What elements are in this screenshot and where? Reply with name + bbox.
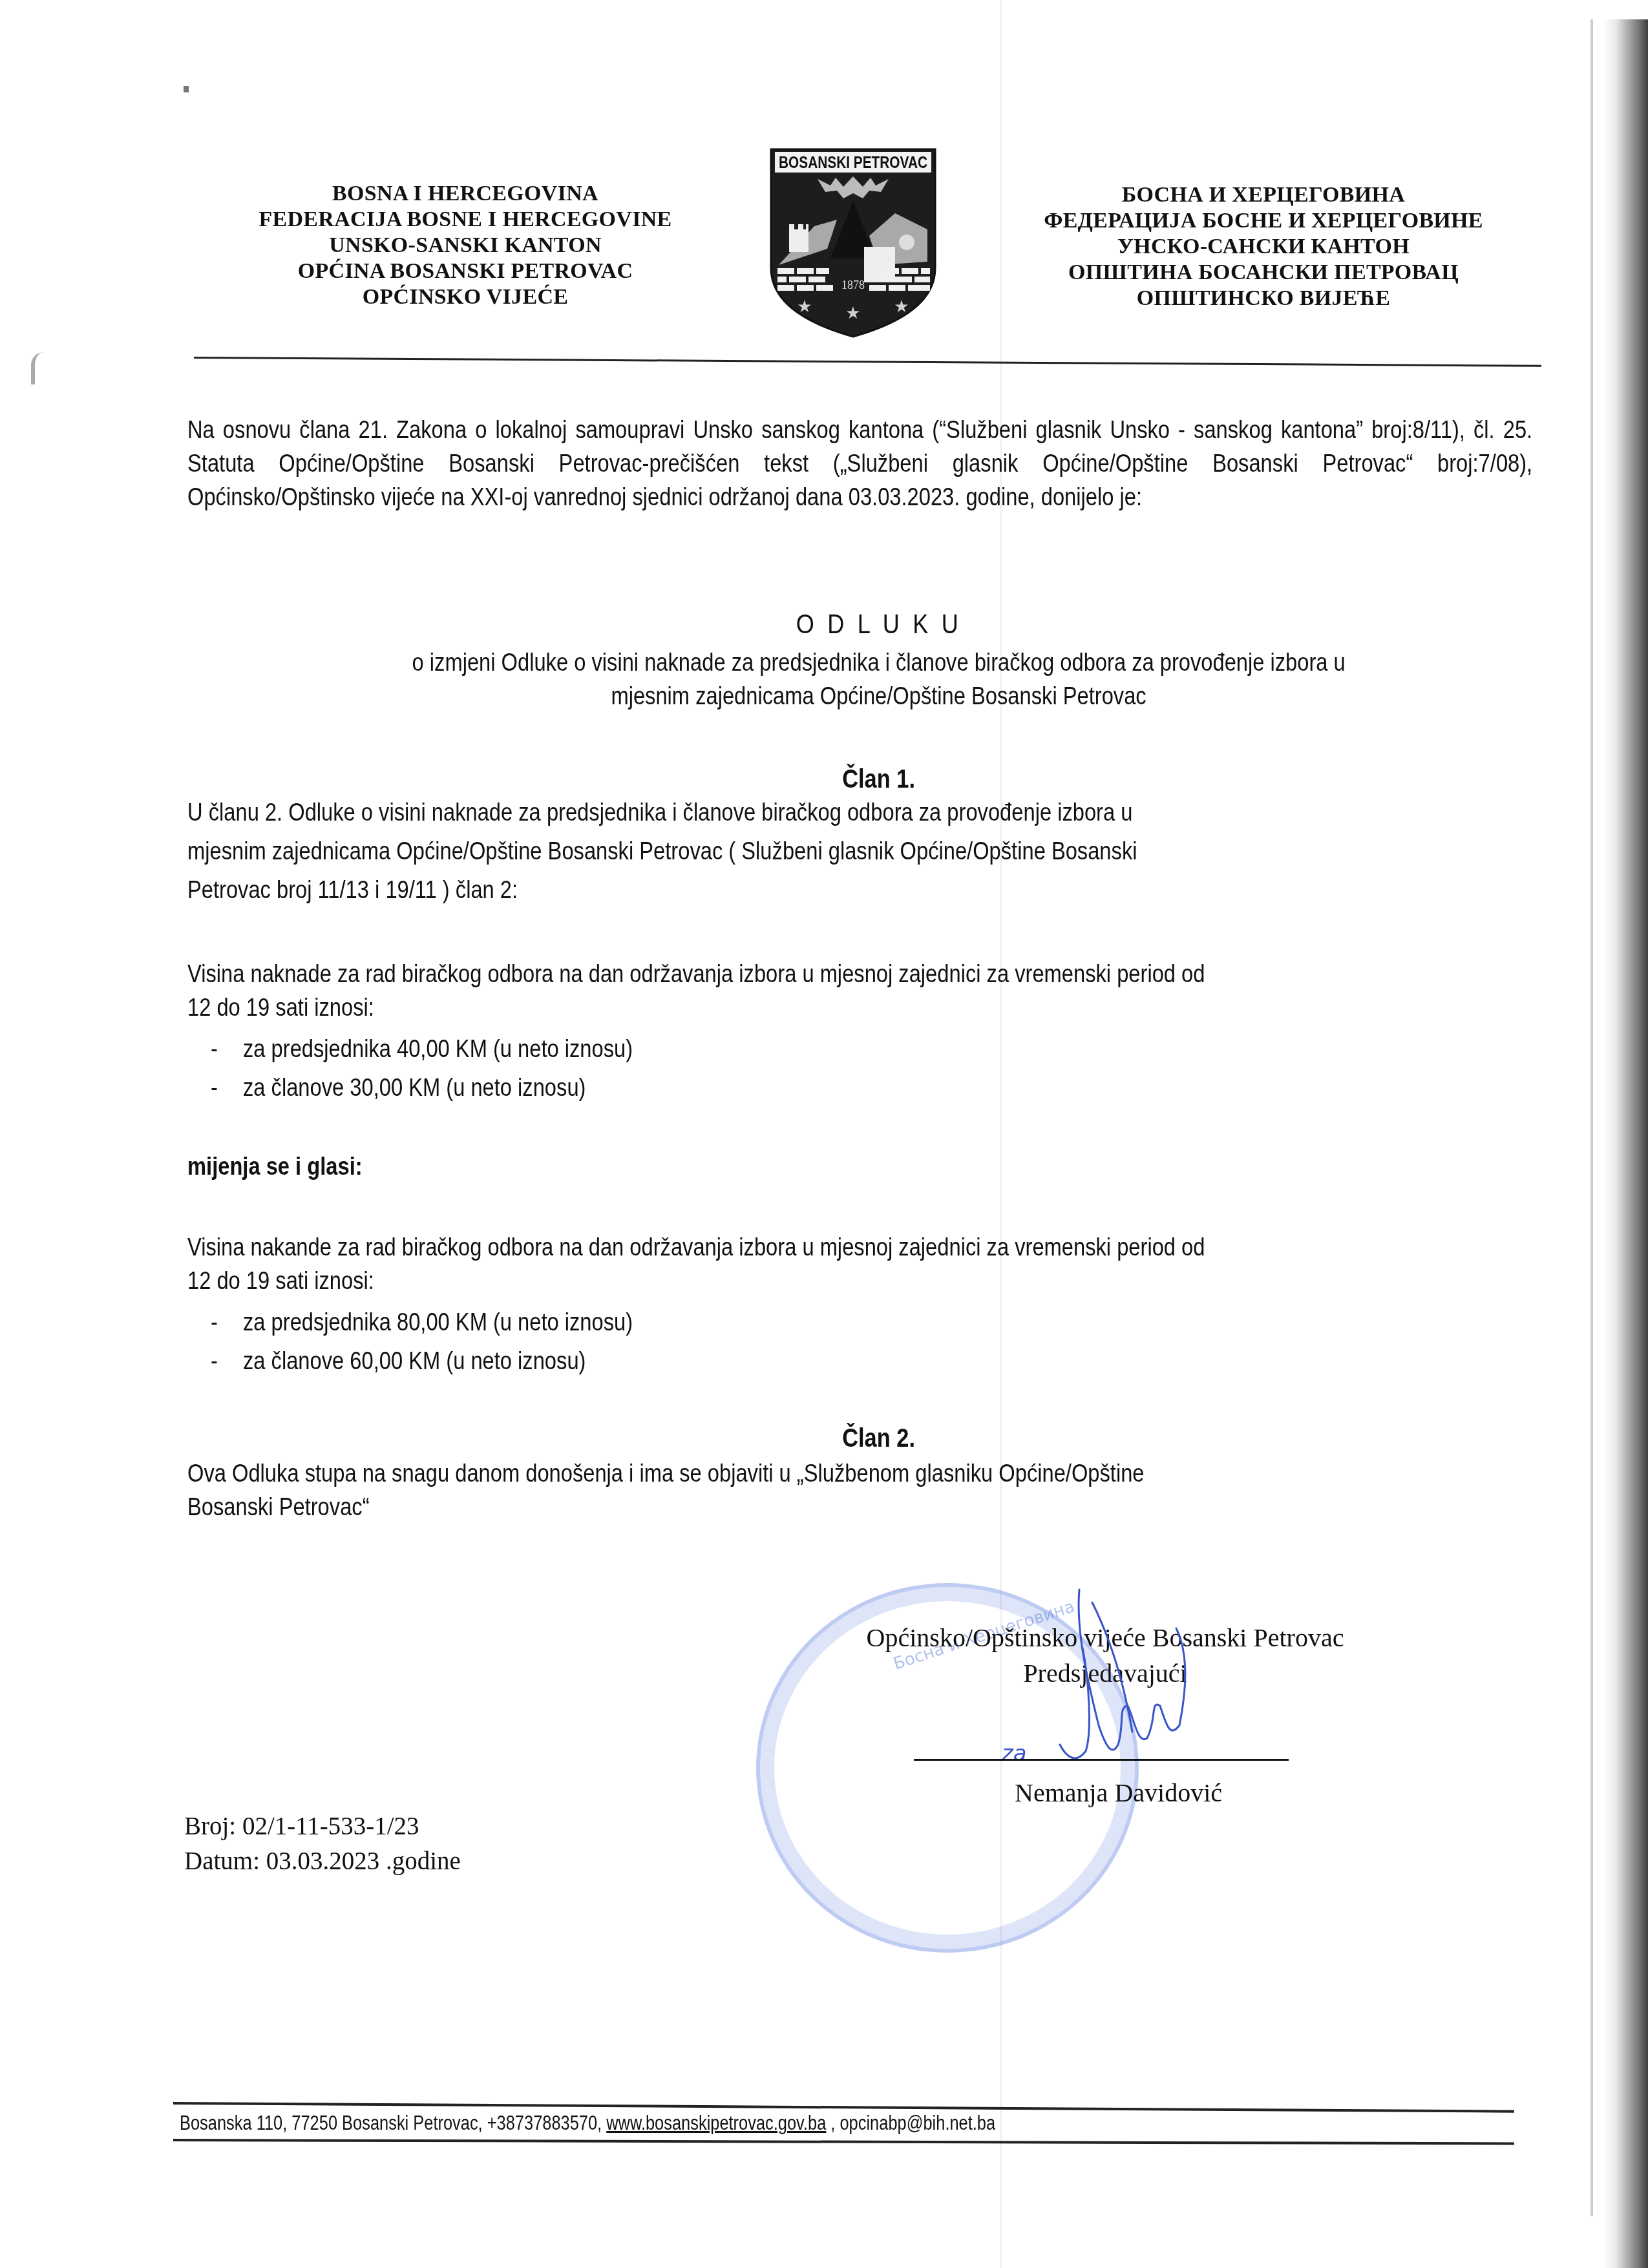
list-item: za članove 60,00 KM (u neto iznosu) xyxy=(187,1345,1577,1378)
article-1-new-text: Visina nakande za rad biračkog odbora na… xyxy=(187,1231,1577,1383)
document-date: Datum: 03.03.2023 .godine xyxy=(184,1844,461,1879)
letterhead-cyrillic-line: УНСКО-САНСКИ КАНТОН xyxy=(982,234,1545,260)
footer-website-link[interactable]: www.bosanskipetrovac.gov.ba xyxy=(606,2112,826,2134)
letterhead-latin: BOSNA I HERCEGOVINA FEDERACIJA BOSNE I H… xyxy=(207,181,724,310)
list-item: za članove 30,00 KM (u neto iznosu) xyxy=(187,1071,1577,1105)
scan-speck xyxy=(184,86,189,92)
svg-text:1878: 1878 xyxy=(841,278,865,291)
margin-mark xyxy=(31,352,44,384)
old-fee-list: za predsjednika 40,00 KM (u neto iznosu)… xyxy=(187,1033,1577,1105)
svg-text:BOSANSKI PETROVAC: BOSANSKI PETROVAC xyxy=(779,152,927,172)
article-1-heading: Član 1. xyxy=(187,762,1570,796)
letterhead-cyrillic-line: ОПШТИНСКО ВИЈЕЋЕ xyxy=(982,286,1545,311)
letterhead-cyrillic-line: ФЕДЕРАЦИЈА БОСНЕ И ХЕРЦЕГОВИНЕ xyxy=(982,208,1545,234)
footer-divider-bottom xyxy=(173,2139,1514,2145)
decision-subtitle-line: o izmjeni Odluke o visini naknade za pre… xyxy=(412,646,1346,680)
svg-text:★: ★ xyxy=(845,304,860,323)
letterhead-latin-line: FEDERACIJA BOSNE I HERCEGOVINE xyxy=(207,207,724,233)
decision-subtitle-line: mjesnim zajednicama Općine/Opštine Bosan… xyxy=(611,680,1146,713)
svg-text:★: ★ xyxy=(797,297,812,317)
change-label: mijenja se i glasi: xyxy=(187,1150,1577,1184)
new-fee-list: za predsjednika 80,00 KM (u neto iznosu)… xyxy=(187,1306,1577,1378)
document-meta: Broj: 02/1-11-533-1/23 Datum: 03.03.2023… xyxy=(184,1809,461,1879)
article-1-old-text: Visina naknade za rad biračkog odbora na… xyxy=(187,958,1577,1110)
signatory-name: Nemanja Davidović xyxy=(1015,1777,1273,1809)
footer-separator: , xyxy=(826,2112,840,2134)
handwritten-signature-icon: za xyxy=(963,1577,1234,1770)
letterhead-cyrillic: БОСНА И ХЕРЦЕГОВИНА ФЕДЕРАЦИЈА БОСНЕ И Х… xyxy=(982,182,1545,311)
letterhead-latin-line: OPĆINA BOSANSKI PETROVAC xyxy=(207,258,724,284)
article-2-heading: Član 2. xyxy=(187,1422,1570,1455)
signature-line xyxy=(914,1759,1289,1761)
preamble: Na osnovu člana 21. Zakona o lokalnoj sa… xyxy=(187,414,1532,514)
svg-text:za: za xyxy=(1001,1741,1027,1767)
decision-subtitle: o izmjeni Odluke o visini naknade za pre… xyxy=(187,646,1570,713)
footer-email[interactable]: opcinabp@bih.net.ba xyxy=(840,2112,995,2134)
document-number: Broj: 02/1-11-533-1/23 xyxy=(184,1809,461,1844)
letterhead-latin-line: BOSNA I HERCEGOVINA xyxy=(207,181,724,207)
letterhead-cyrillic-line: БОСНА И ХЕРЦЕГОВИНА xyxy=(982,182,1545,208)
letterhead-cyrillic-line: ОПШТИНА БОСАНСКИ ПЕТРОВАЦ xyxy=(982,260,1545,286)
letterhead-latin-line: UNSKO-SANSKI KANTON xyxy=(207,233,724,258)
list-item: za predsjednika 80,00 KM (u neto iznosu) xyxy=(187,1306,1577,1339)
footer-address: Bosanska 110, 77250 Bosanski Petrovac, +… xyxy=(180,2112,606,2134)
decision-title: O D L U K U xyxy=(187,607,1570,641)
coat-of-arms-icon: BOSANSKI PETROVAC 1878 ★ ★ ★ xyxy=(766,145,940,339)
header-divider xyxy=(194,357,1541,367)
footer-contact: Bosanska 110, 77250 Bosanski Petrovac, +… xyxy=(180,2110,995,2136)
scan-edge-shadow-line xyxy=(1590,19,1593,2216)
article-2-text: Ova Odluka stupa na snagu danom donošenj… xyxy=(187,1457,1577,1524)
svg-text:★: ★ xyxy=(894,297,909,317)
letterhead-latin-line: OPĆINSKO VIJEĆE xyxy=(207,284,724,310)
letterhead: BOSNA I HERCEGOVINA FEDERACIJA BOSNE I H… xyxy=(181,142,1545,349)
article-1-intro: U članu 2. Odluke o visini naknade za pr… xyxy=(187,796,1577,907)
signature-block: Босна и Херцеговина Općinsko/Opštinsko v… xyxy=(743,1570,1454,1893)
scan-edge-shadow xyxy=(1603,19,1648,2268)
list-item: za predsjednika 40,00 KM (u neto iznosu) xyxy=(187,1033,1577,1066)
